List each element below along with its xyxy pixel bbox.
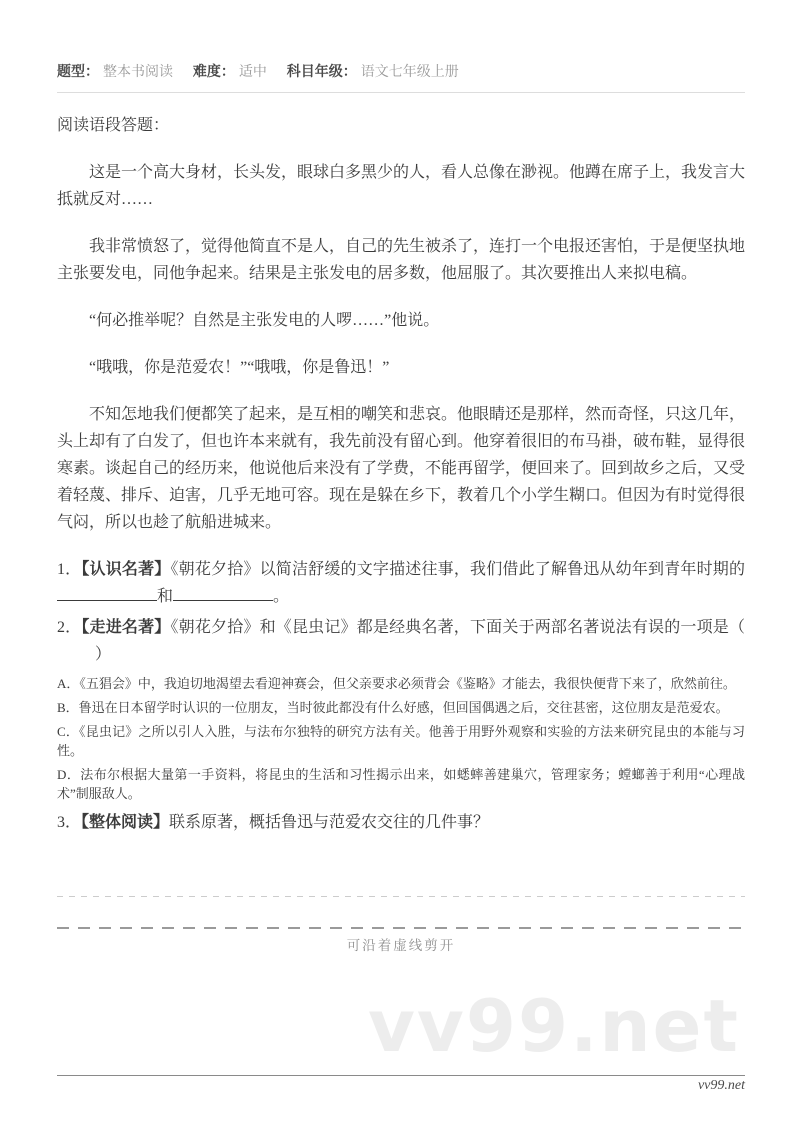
option-d: D．法布尔根据大量第一手资料，将昆虫的生活和习性揭示出来，如蟋蟀善建巢穴，管理家… — [57, 765, 745, 803]
question-3-tag: 【整体阅读】 — [81, 814, 169, 831]
passage-paragraph-3: “何必推举呢？自然是主张发电的人啰……”他说。 — [57, 307, 745, 334]
option-a: A．《五猖会》中，我迫切地渴望去看迎神赛会，但父亲要求必须背会《鉴略》才能去，我… — [57, 674, 745, 693]
question-2-number: 2． — [57, 619, 81, 636]
header-divider — [57, 92, 745, 93]
question-2: 2．【走进名著】《朝花夕拾》和《昆虫记》都是经典名著，下面关于两部名著说法有误的… — [57, 614, 745, 668]
question-1-tag: 【认识名著】 — [81, 561, 170, 578]
question-2-open-paren: （ — [729, 619, 745, 636]
worksheet-page: 题型：整本书阅读 难度：适中 科目年级：语文七年级上册 阅读语段答题： 这是一个… — [0, 0, 800, 1131]
cut-section: 可沿着虚线剪开 — [57, 896, 745, 955]
cut-dashed-line-top — [57, 896, 745, 897]
question-3-number: 3． — [57, 814, 81, 831]
question-3-text: 联系原著，概括鲁迅与范爱农交往的几件事？ — [169, 814, 489, 831]
passage-intro: 阅读语段答题： — [57, 113, 745, 139]
passage-paragraph-1: 这是一个高大身材，长头发，眼球白多黑少的人，看人总像在渺视。他蹲在席子上，我发言… — [57, 159, 745, 213]
page-footer: vv99.net — [57, 1075, 745, 1094]
meta-item-type: 题型：整本书阅读 — [57, 63, 177, 79]
question-1-suffix: 。 — [273, 588, 289, 605]
footer-site-name: vv99.net — [698, 1078, 745, 1094]
meta-label-difficulty: 难度： — [193, 63, 235, 79]
question-1-connector: 和 — [157, 588, 173, 605]
meta-item-difficulty: 难度：适中 — [193, 63, 271, 79]
page-content: 题型：整本书阅读 难度：适中 科目年级：语文七年级上册 阅读语段答题： 这是一个… — [0, 0, 800, 955]
question-2-tag: 【走进名著】 — [81, 619, 170, 636]
passage-paragraph-4: “哦哦，你是范爱农！”“哦哦，你是鲁迅！” — [57, 354, 745, 381]
question-2-close-paren: ） — [95, 646, 111, 663]
answer-blank-2 — [173, 585, 273, 601]
answer-blank-1 — [57, 585, 157, 601]
meta-value-type: 整本书阅读 — [103, 63, 173, 79]
option-b: B．鲁迅在日本留学时认识的一位朋友，当时彼此都没有什么好感，但回国偶遇之后，交往… — [57, 698, 745, 717]
meta-item-subject-grade: 科目年级：语文七年级上册 — [287, 63, 459, 79]
meta-label-subject-grade: 科目年级： — [287, 63, 357, 79]
option-c: C．《昆虫记》之所以引人入胜，与法布尔独特的研究方法有关。他善于用野外观察和实验… — [57, 722, 745, 760]
cut-instruction-label: 可沿着虚线剪开 — [57, 937, 745, 955]
question-meta-bar: 题型：整本书阅读 难度：适中 科目年级：语文七年级上册 — [57, 60, 745, 82]
passage-and-questions: 阅读语段答题： 这是一个高大身材，长头发，眼球白多黑少的人，看人总像在渺视。他蹲… — [57, 113, 745, 836]
cut-dashed-line-bottom — [57, 927, 745, 929]
question-1-text: 《朝花夕拾》以简洁舒缓的文字描述往事，我们借此了解鲁迅从幼年到青年时期的 — [171, 561, 745, 578]
question-1-number: 1． — [57, 561, 81, 578]
question-2-text: 《朝花夕拾》和《昆虫记》都是经典名著，下面关于两部名著说法有误的一项是 — [170, 619, 728, 636]
passage-paragraph-2: 我非常愤怒了，觉得他简直不是人，自己的先生被杀了，连打一个电报还害怕，于是便坚执… — [57, 233, 745, 287]
options-list: A．《五猖会》中，我迫切地渴望去看迎神赛会，但父亲要求必须背会《鉴略》才能去，我… — [57, 674, 745, 803]
meta-label-type: 题型： — [57, 63, 99, 79]
question-3: 3．【整体阅读】联系原著，概括鲁迅与范爱农交往的几件事？ — [57, 809, 745, 836]
watermark-text: vv99.net — [368, 984, 740, 1068]
question-1: 1．【认识名著】《朝花夕拾》以简洁舒缓的文字描述往事，我们借此了解鲁迅从幼年到青… — [57, 556, 745, 610]
meta-value-subject-grade: 语文七年级上册 — [361, 63, 459, 79]
meta-value-difficulty: 适中 — [239, 63, 267, 79]
passage-paragraph-5: 不知怎地我们便都笑了起来，是互相的嘲笑和悲哀。他眼睛还是那样，然而奇怪，只这几年… — [57, 401, 745, 536]
